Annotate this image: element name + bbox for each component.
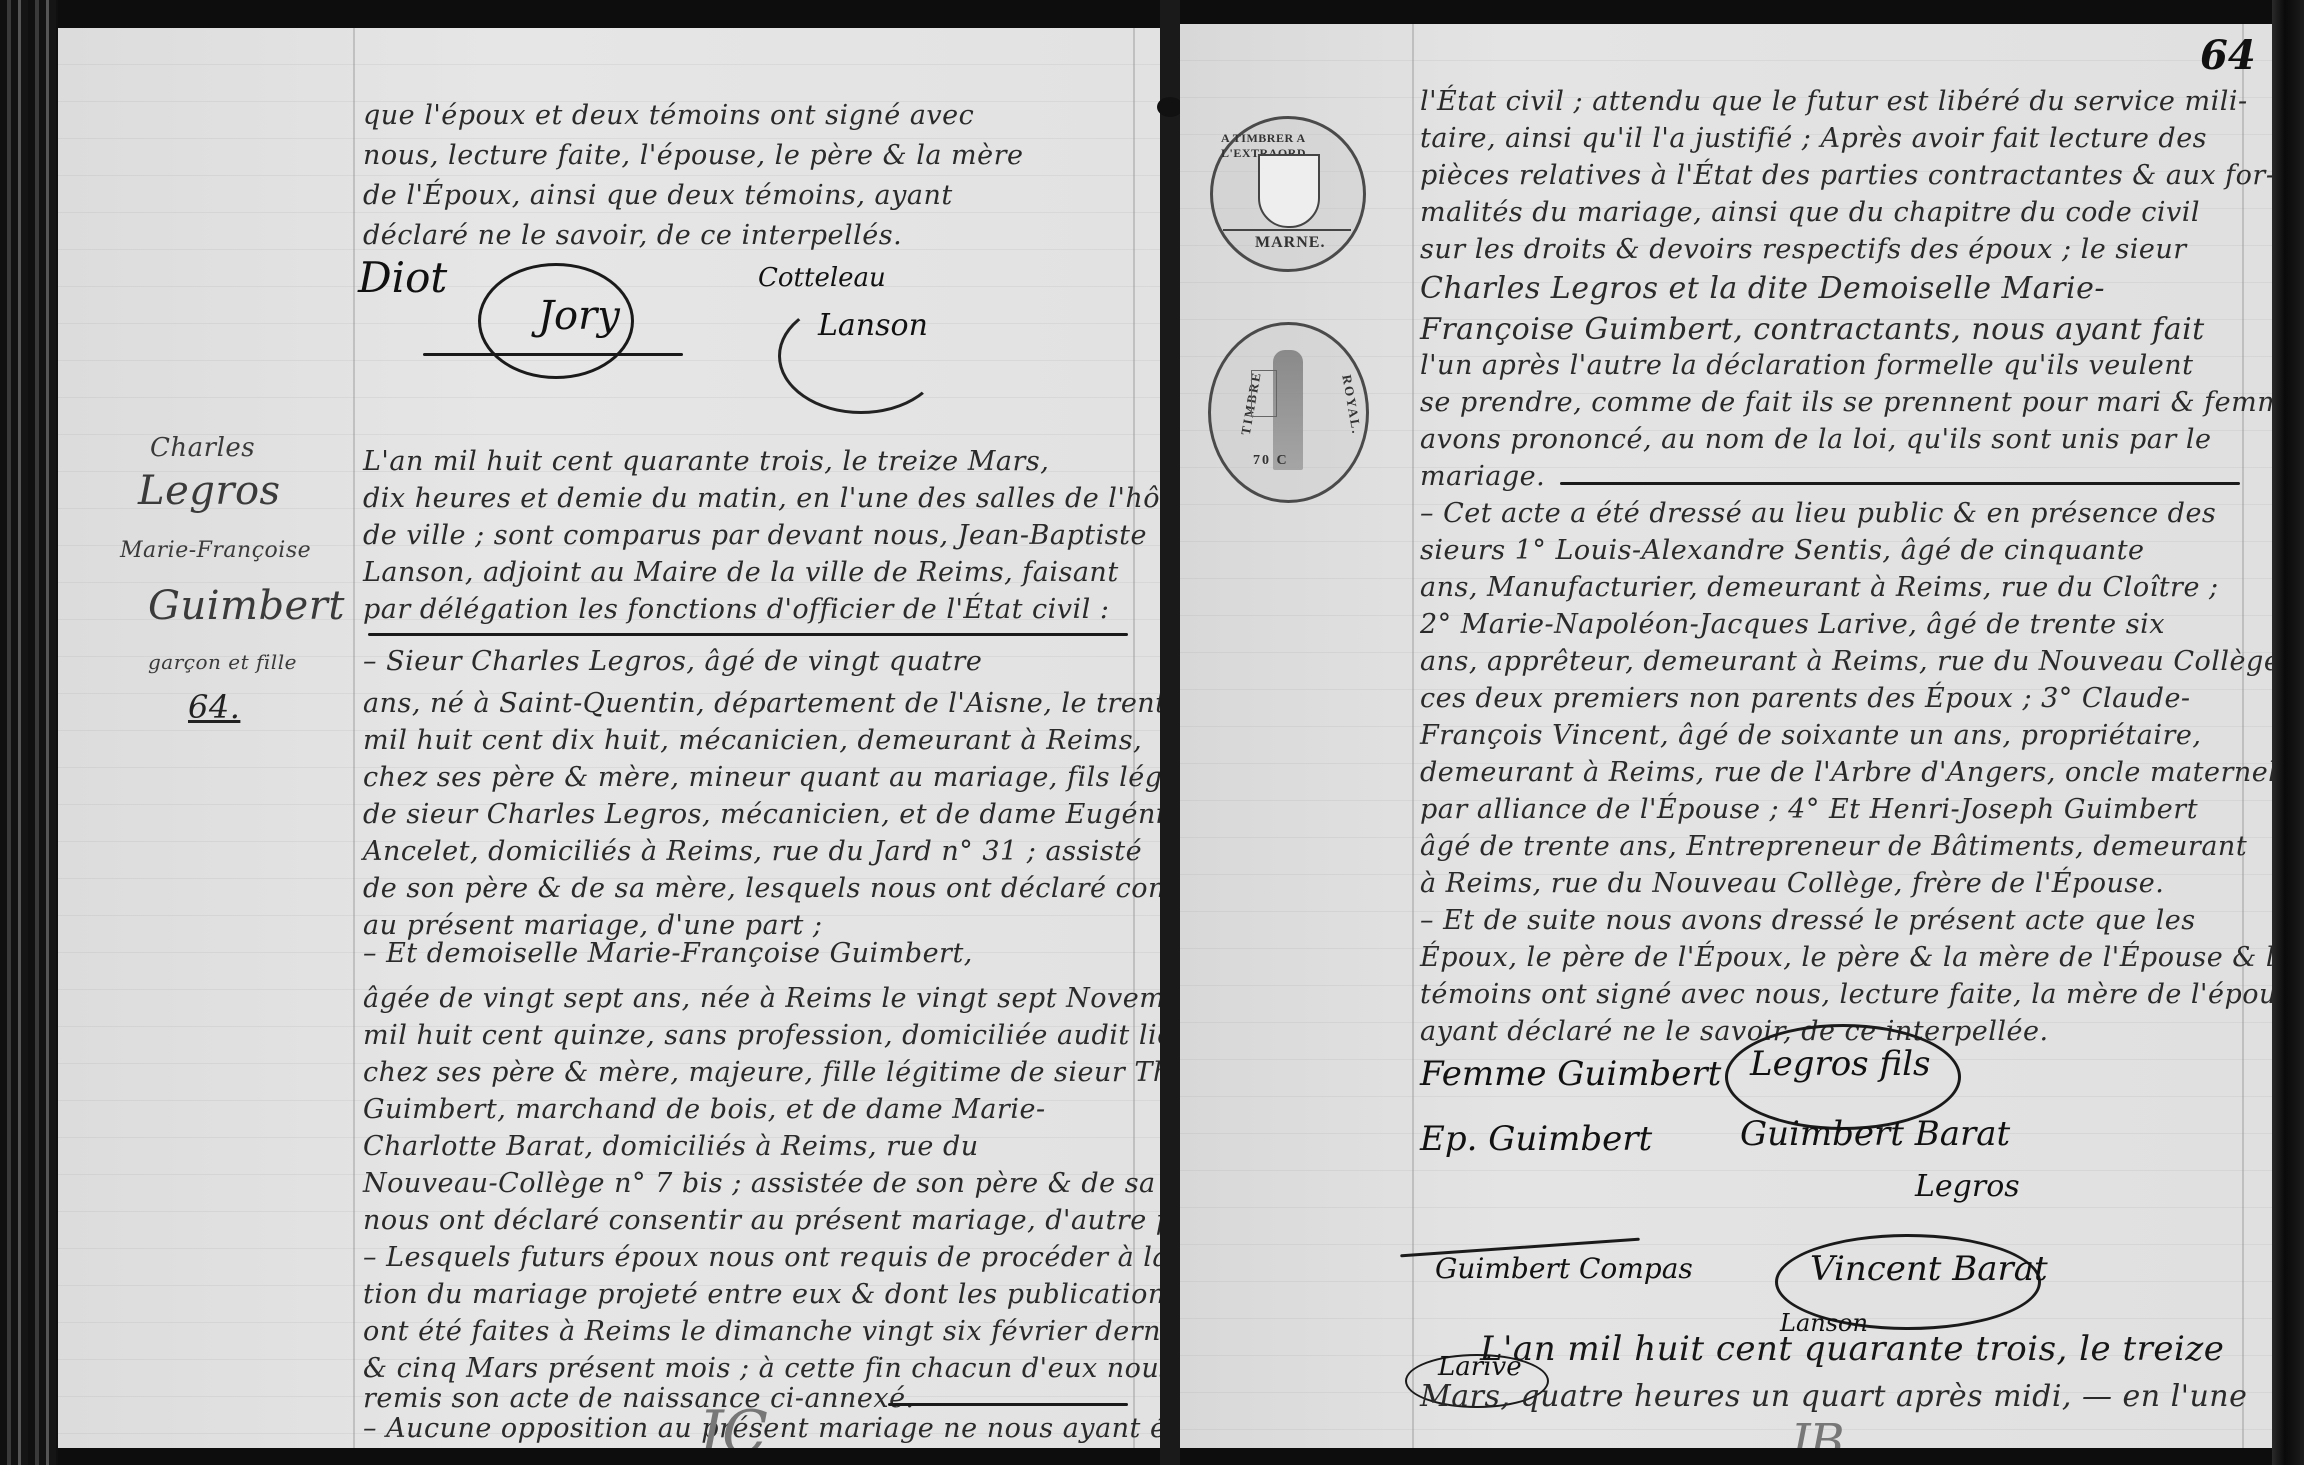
margin-rule	[353, 28, 355, 1448]
text-line: par délégation les fonctions d'officier …	[363, 594, 1109, 625]
text-line: ans, apprêteur, demeurant à Reims, rue d…	[1420, 646, 2272, 677]
text-line: âgé de trente ans, Entrepreneur de Bâtim…	[1420, 831, 2247, 862]
text-line: Époux, le père de l'Époux, le père & la …	[1420, 942, 2272, 973]
text-line: sur les droits & devoirs respectifs des …	[1420, 234, 2187, 265]
text-line: chez ses père & mère, majeure, fille lég…	[363, 1057, 1160, 1088]
right-margin-rule	[2242, 24, 2244, 1448]
text-line: Charlotte Barat, domiciliés à Reims, rue…	[363, 1131, 979, 1162]
text-line: ans, né à Saint-Quentin, département de …	[363, 688, 1160, 719]
text-line: Charles Legros et la dite Demoiselle Mar…	[1420, 271, 2105, 306]
text-line: demeurant à Reims, rue de l'Arbre d'Ange…	[1420, 757, 2272, 788]
text-line: – Lesquels futurs époux nous ont requis …	[363, 1242, 1160, 1273]
signature-flourish	[778, 298, 944, 414]
text-line: que l'époux et deux témoins ont signé av…	[363, 100, 974, 131]
text-line: ayant déclaré ne le savoir, de ce interp…	[1420, 1016, 2049, 1047]
stamp-value: 70 C	[1253, 453, 1289, 469]
text-line: dix heures et demie du matin, en l'une d…	[363, 483, 1160, 514]
right-page: A TIMBRER A L'EXTRAORD. MARNE. TIMBRE RO…	[1180, 24, 2272, 1448]
margin-act-number: 64.	[188, 688, 240, 726]
text-line: taire, ainsi qu'il l'a justifié ; Après …	[1420, 123, 2207, 154]
signature: Guimbert Barat	[1740, 1114, 2010, 1154]
stamp-timbre-royal: TIMBRE ROYAL. 70 C	[1208, 322, 1369, 503]
text-line: sieurs 1° Louis-Alexandre Sentis, âgé de…	[1420, 535, 2145, 566]
text-line: l'État civil ; attendu que le futur est …	[1420, 86, 2248, 117]
stamp-bottom-text: MARNE.	[1255, 234, 1325, 252]
text-line: mil huit cent dix huit, mécanicien, deme…	[363, 725, 1142, 756]
stamp-divider	[1223, 229, 1351, 231]
text-line: avons prononcé, au nom de la loi, qu'ils…	[1420, 424, 2212, 455]
text-line: déclaré ne le savoir, de ce interpellés.	[363, 220, 902, 251]
signature-jory: Jory	[538, 293, 620, 339]
text-line: ces deux premiers non parents des Époux …	[1420, 683, 2191, 714]
text-line: au présent mariage, d'une part ;	[363, 910, 823, 941]
text-line: l'un après l'autre la déclaration formel…	[1420, 350, 2193, 381]
text-line: Ancelet, domiciliés à Reims, rue du Jard…	[363, 836, 1142, 867]
text-line: malités du mariage, ainsi que du chapitr…	[1420, 197, 2200, 228]
margin-bride-first: Marie-Françoise	[120, 538, 311, 563]
section-divider	[888, 1403, 1128, 1406]
margin-groom-first: Charles	[150, 433, 255, 463]
text-line: mil huit cent quinze, sans profession, d…	[363, 1020, 1160, 1051]
section-divider	[368, 633, 1128, 636]
signature: Legros	[1915, 1169, 2020, 1204]
text-line: – Sieur Charles Legros, âgé de vingt qua…	[363, 646, 982, 677]
text-line: François Vincent, âgé de soixante un ans…	[1420, 720, 2201, 751]
text-line: pièces relatives à l'État des parties co…	[1420, 160, 2272, 191]
text-line: L'an mil huit cent quarante trois, le tr…	[363, 446, 1049, 477]
text-line: Françoise Guimbert, contractants, nous a…	[1420, 312, 2205, 347]
text-line: chez ses père & mère, mineur quant au ma…	[363, 762, 1160, 793]
text-line: tion du mariage projeté entre eux & dont…	[363, 1279, 1160, 1310]
text-line: à Reims, rue du Nouveau Collège, frère d…	[1420, 868, 2164, 899]
signature-underline	[423, 353, 683, 356]
book-edge	[2272, 0, 2304, 1465]
text-line: par alliance de l'Épouse ; 4° Et Henri-J…	[1420, 794, 2198, 825]
text-line: de sieur Charles Legros, mécanicien, et …	[363, 799, 1160, 830]
signature: Ep. Guimbert	[1420, 1119, 1652, 1159]
signature: Femme Guimbert	[1420, 1054, 1721, 1094]
tablet-icon	[1251, 370, 1277, 417]
text-line: & cinq Mars présent mois ; à cette fin c…	[363, 1353, 1160, 1384]
page-number: 64	[2200, 32, 2256, 79]
signature-diot: Diot	[358, 253, 447, 302]
text-line: – Et de suite nous avons dressé le prése…	[1420, 905, 2196, 936]
text-line: Lanson, adjoint au Maire de la ville de …	[363, 557, 1119, 588]
text-line: Guimbert, marchand de bois, et de dame M…	[363, 1094, 1046, 1125]
margin-rule	[1412, 24, 1414, 1448]
text-line: Mars, quatre heures un quart après midi,…	[1420, 1379, 2247, 1414]
margin-bride-last: Guimbert	[148, 583, 345, 629]
text-line: de ville ; sont comparus par devant nous…	[363, 520, 1147, 551]
text-line: se prendre, comme de fait ils se prennen…	[1420, 387, 2272, 418]
text-line: nous, lecture faite, l'épouse, le père &…	[363, 140, 1024, 171]
paraph-initials: JB	[1790, 1414, 1845, 1448]
book-binding	[0, 0, 58, 1465]
margin-groom-last: Legros	[138, 468, 281, 514]
signature: Vincent Barat	[1810, 1249, 2048, 1289]
signature-cotteleau: Cotteleau	[758, 263, 886, 293]
text-line: âgée de vingt sept ans, née à Reims le v…	[363, 983, 1160, 1014]
margin-status: garçon et fille	[148, 650, 297, 674]
text-line: remis son acte de naissance ci-annexé.	[363, 1383, 915, 1414]
text-line: – Cet acte a été dressé au lieu public &…	[1420, 498, 2216, 529]
text-line: témoins ont signé avec nous, lecture fai…	[1420, 979, 2272, 1010]
signature-lanson: Lanson	[1780, 1309, 1868, 1337]
text-line: ans, Manufacturier, demeurant à Reims, r…	[1420, 572, 2219, 603]
signature: Legros fils	[1750, 1044, 1930, 1084]
text-line: nous ont déclaré consentir au présent ma…	[363, 1205, 1160, 1236]
text-line: mariage.	[1420, 461, 1545, 492]
left-page: Charles Legros Marie-Françoise Guimbert …	[58, 28, 1160, 1448]
text-line: Nouveau-Collège n° 7 bis ; assistée de s…	[363, 1168, 1160, 1199]
book-gutter	[1160, 0, 1180, 1465]
text-line: de l'Époux, ainsi que deux témoins, ayan…	[363, 180, 953, 211]
paraph-initials: JC	[698, 1398, 768, 1448]
text-line: ont été faites à Reims le dimanche vingt…	[363, 1316, 1160, 1347]
figure-icon	[1273, 350, 1303, 470]
text-line: 2° Marie-Napoléon-Jacques Larive, âgé de…	[1420, 609, 2165, 640]
signature: Guimbert Compas	[1435, 1252, 1693, 1285]
text-line: – Et demoiselle Marie-Françoise Guimbert…	[363, 938, 973, 969]
section-divider	[1560, 482, 2240, 485]
text-line: de son père & de sa mère, lesquels nous …	[363, 873, 1160, 904]
stamp-extraordinaire: A TIMBRER A L'EXTRAORD. MARNE.	[1210, 116, 1366, 272]
stamp-right-text: ROYAL.	[1338, 374, 1364, 437]
shield-icon	[1258, 154, 1320, 228]
